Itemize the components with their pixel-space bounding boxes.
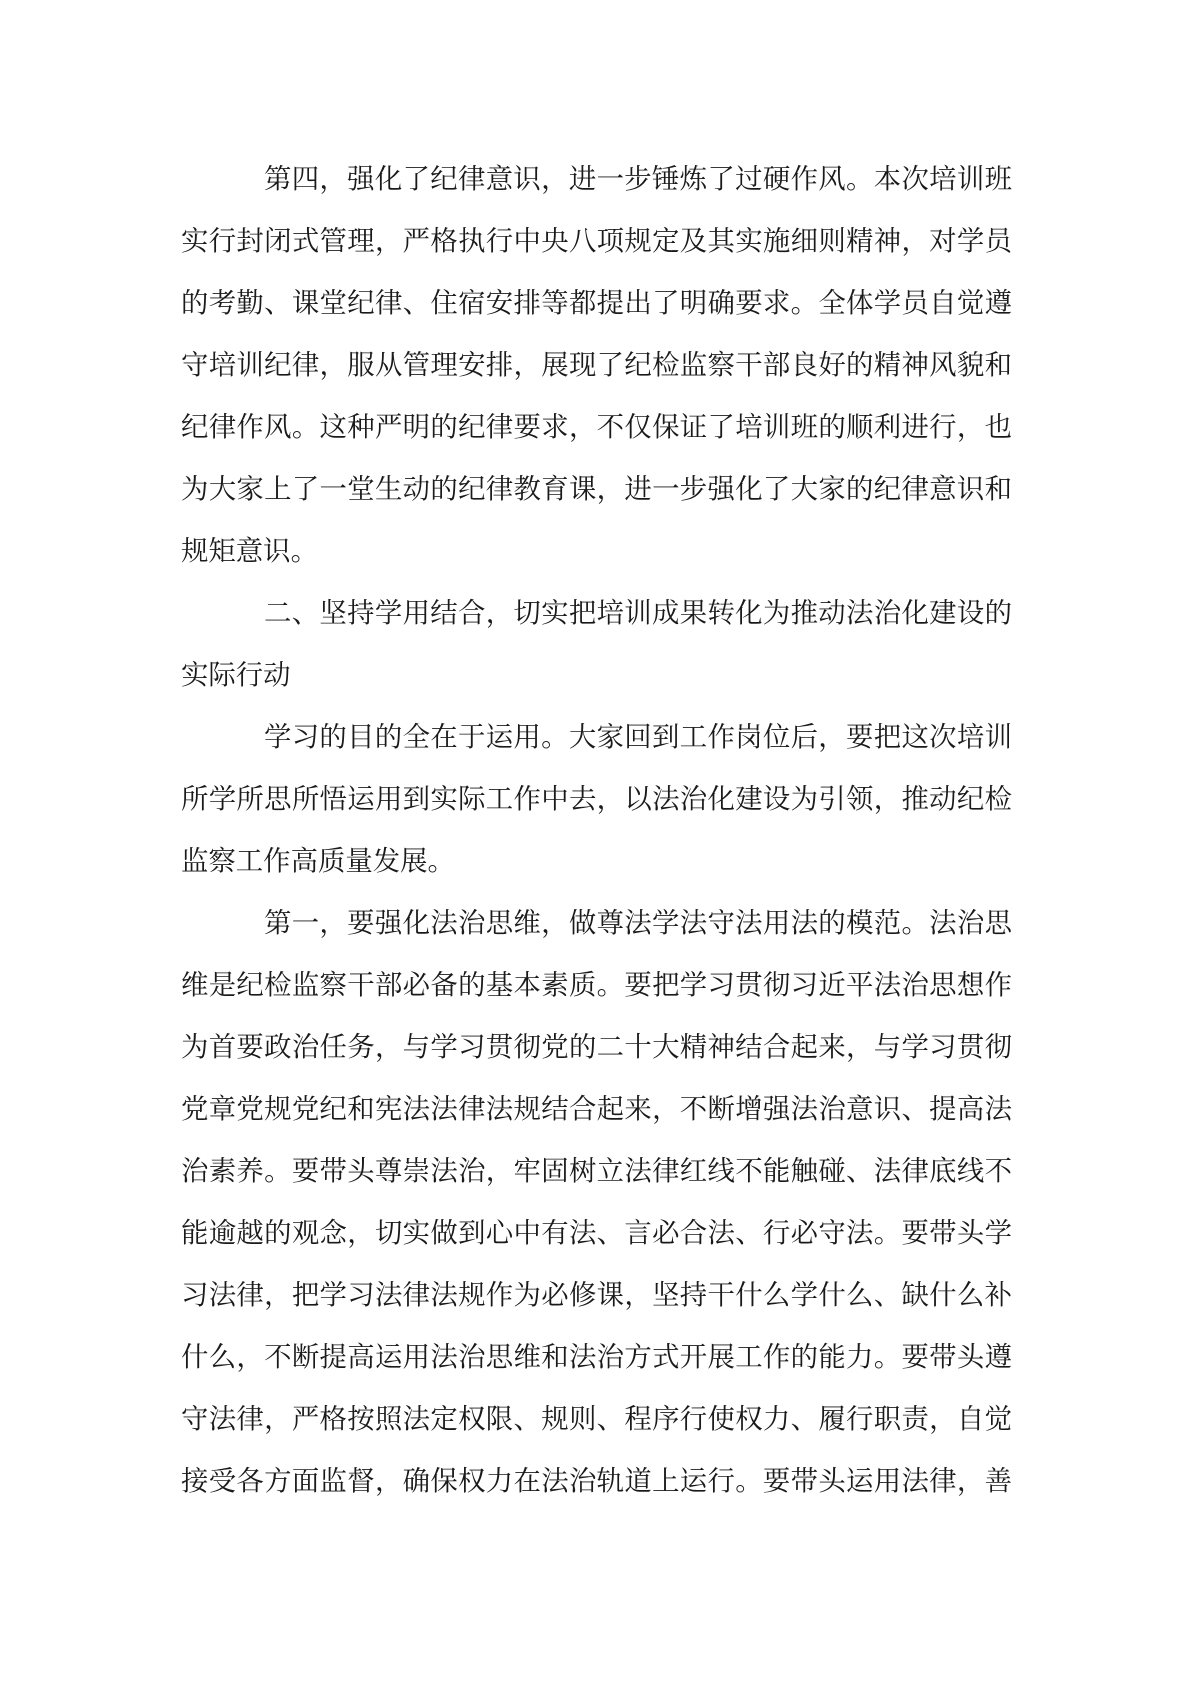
text-line: 守培训纪律，服从管理安排，展现了纪检监察干部良好的精神风貌和 — [181, 334, 1012, 396]
text-line: 能逾越的观念，切实做到心中有法、言必合法、行必守法。要带头学 — [181, 1202, 1012, 1264]
text-line: 接受各方面监督，确保权力在法治轨道上运行。要带头运用法律，善 — [181, 1450, 1012, 1512]
text-line: 守法律，严格按照法定权限、规则、程序行使权力、履行职责，自觉 — [181, 1388, 1012, 1450]
text-line: 党章党规党纪和宪法法律法规结合起来，不断增强法治意识、提高法 — [181, 1078, 1012, 1140]
text-line: 为首要政治任务，与学习贯彻党的二十大精神结合起来，与学习贯彻 — [181, 1016, 1012, 1078]
text-line: 实行封闭式管理，严格执行中央八项规定及其实施细则精神，对学员 — [181, 210, 1012, 272]
text-line: 为大家上了一堂生动的纪律教育课，进一步强化了大家的纪律意识和 — [181, 458, 1012, 520]
paragraph-first-line: 学习的目的全在于运用。大家回到工作岗位后，要把这次培训 — [181, 706, 1012, 768]
paragraph-first-line: 第四，强化了纪律意识，进一步锤炼了过硬作风。本次培训班 — [181, 148, 1012, 210]
text-line: 习法律，把学习法律法规作为必修课，坚持干什么学什么、缺什么补 — [181, 1264, 1012, 1326]
document-page: 第四，强化了纪律意识，进一步锤炼了过硬作风。本次培训班实行封闭式管理，严格执行中… — [0, 0, 1190, 1683]
paragraph-first-line: 二、坚持学用结合，切实把培训成果转化为推动法治化建设的 — [181, 582, 1012, 644]
text-line: 规矩意识。 — [181, 520, 1012, 582]
document-body: 第四，强化了纪律意识，进一步锤炼了过硬作风。本次培训班实行封闭式管理，严格执行中… — [181, 148, 1012, 1512]
text-line: 监察工作高质量发展。 — [181, 830, 1012, 892]
text-line: 的考勤、课堂纪律、住宿安排等都提出了明确要求。全体学员自觉遵 — [181, 272, 1012, 334]
text-line: 什么，不断提高运用法治思维和法治方式开展工作的能力。要带头遵 — [181, 1326, 1012, 1388]
paragraph-first-line: 第一，要强化法治思维，做尊法学法守法用法的模范。法治思 — [181, 892, 1012, 954]
text-line: 治素养。要带头尊崇法治，牢固树立法律红线不能触碰、法律底线不 — [181, 1140, 1012, 1202]
text-line: 纪律作风。这种严明的纪律要求，不仅保证了培训班的顺利进行，也 — [181, 396, 1012, 458]
text-line: 维是纪检监察干部必备的基本素质。要把学习贯彻习近平法治思想作 — [181, 954, 1012, 1016]
text-line: 实际行动 — [181, 644, 1012, 706]
text-line: 所学所思所悟运用到实际工作中去，以法治化建设为引领，推动纪检 — [181, 768, 1012, 830]
